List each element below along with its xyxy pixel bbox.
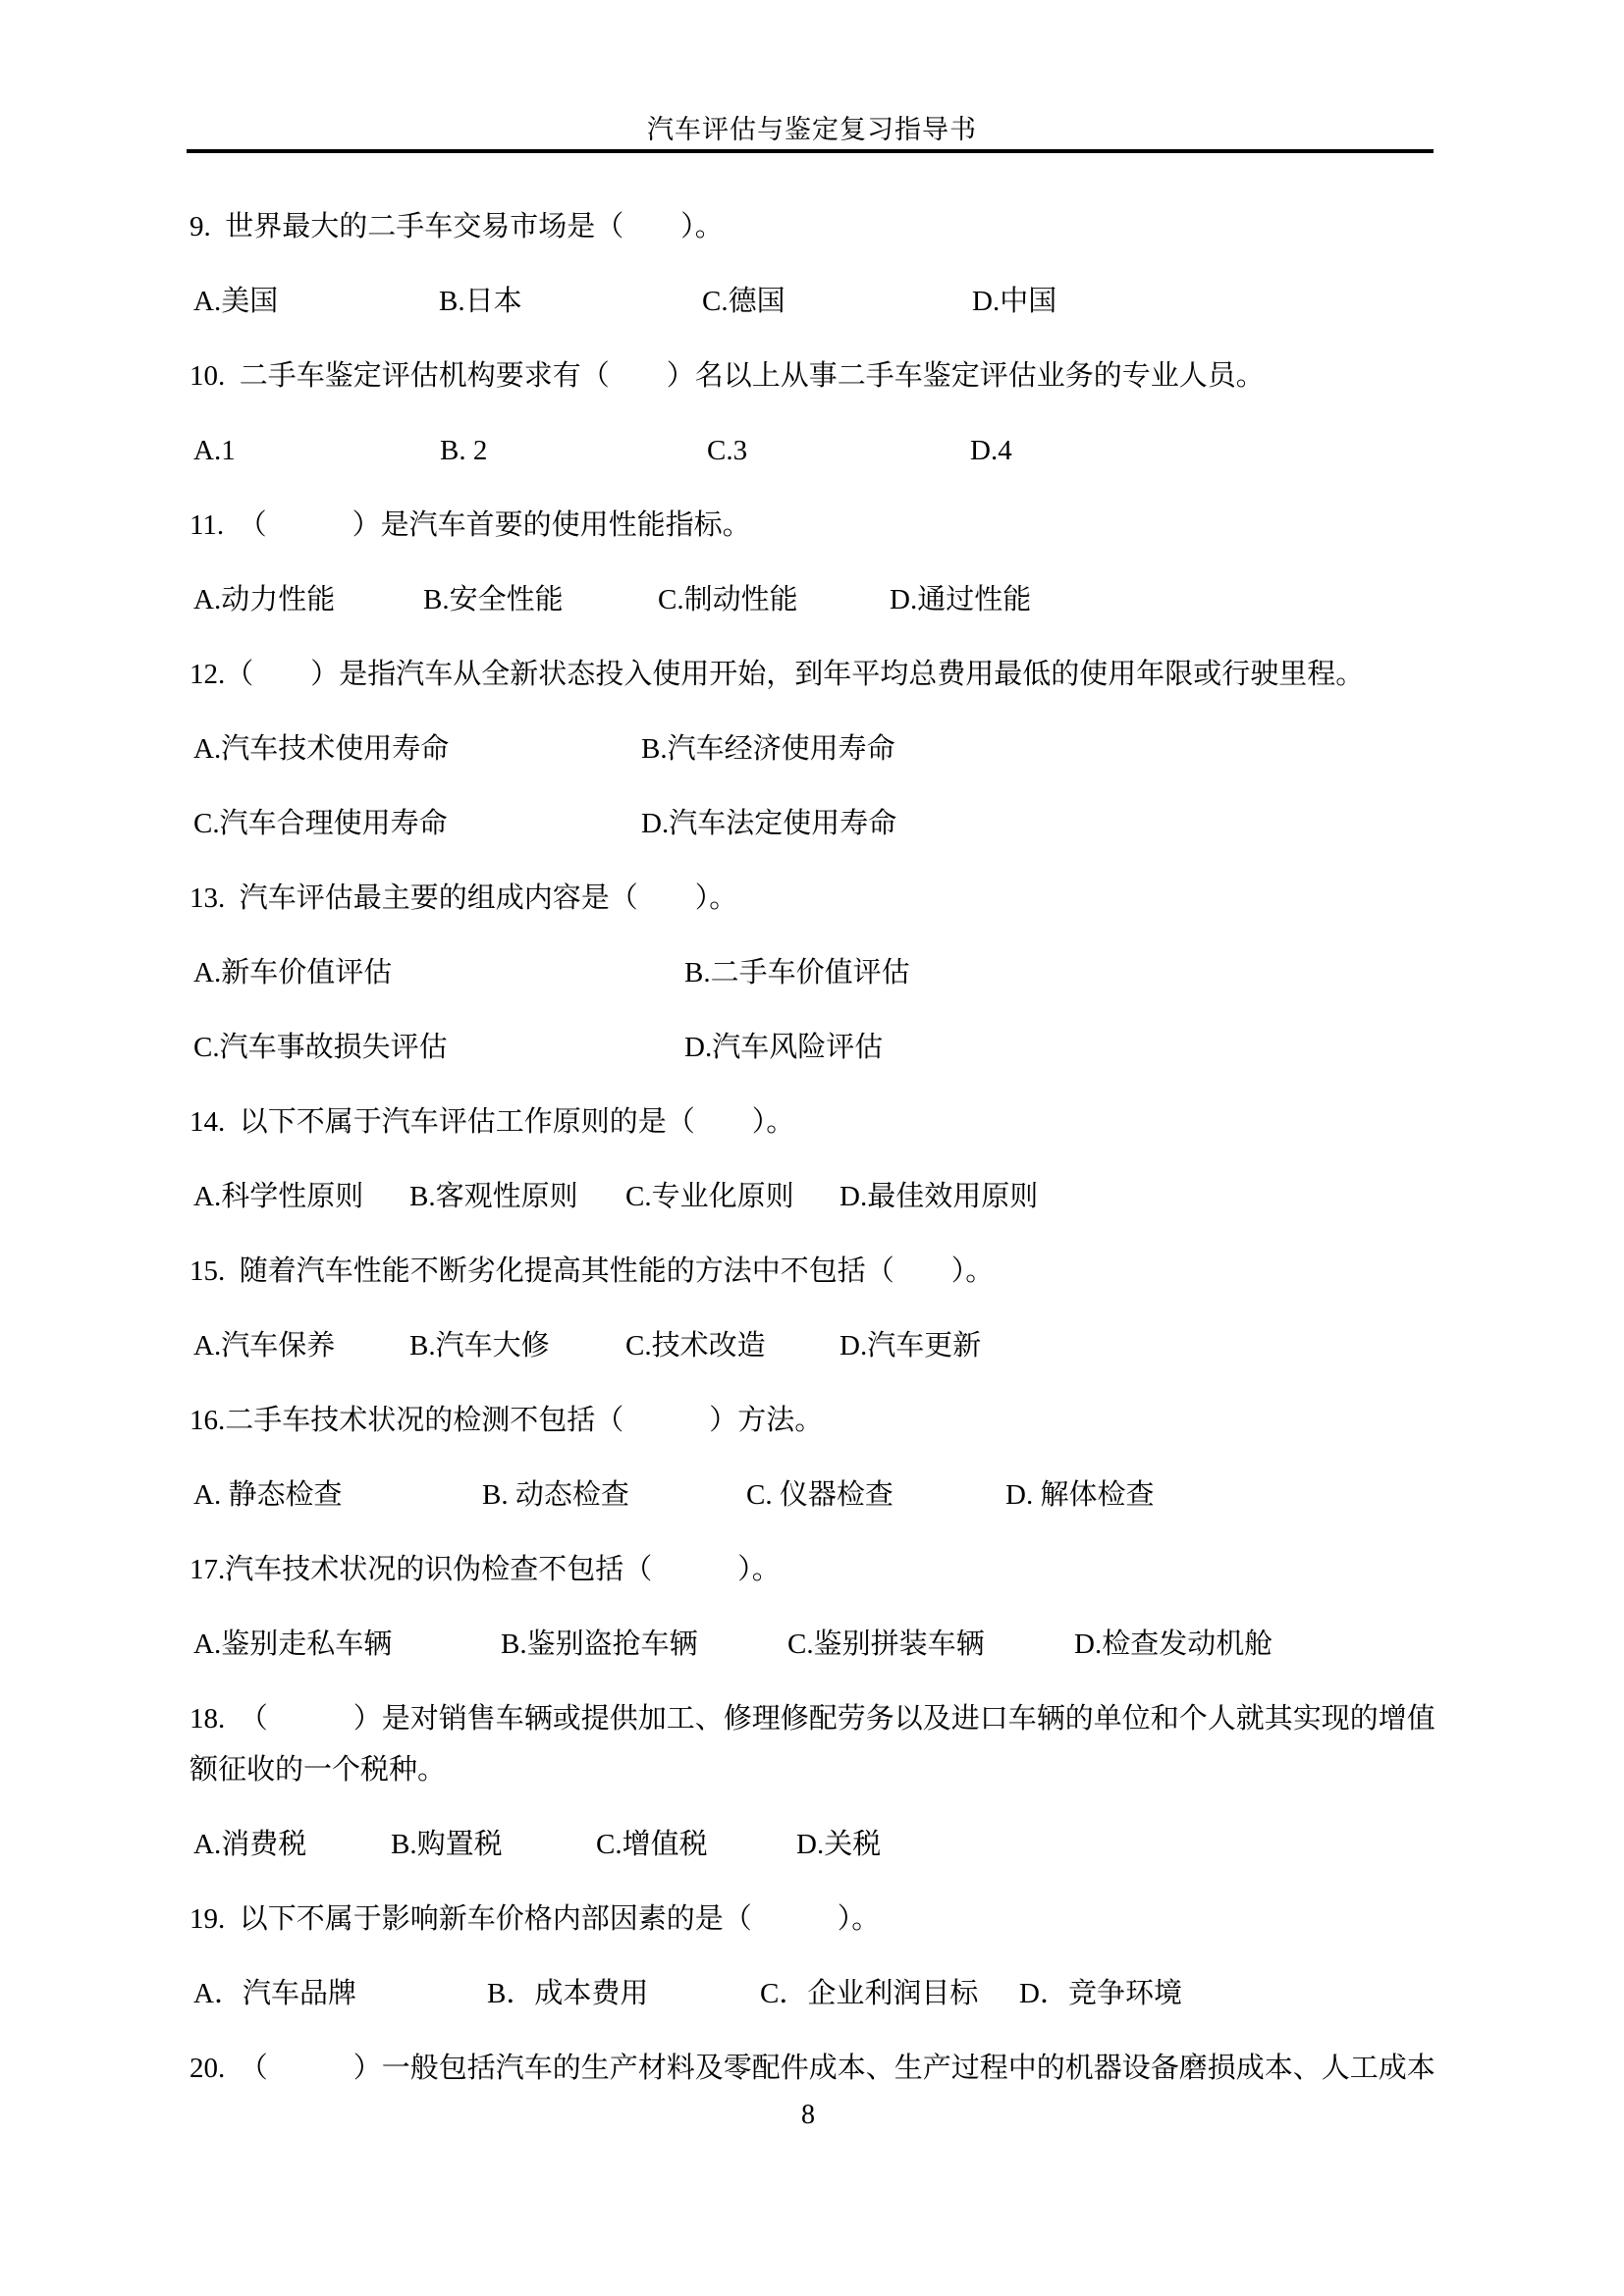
- question-stem: 13. 汽车评估最主要的组成内容是（ ）。: [189, 880, 737, 917]
- option-item: D.中国: [972, 283, 1056, 320]
- option-item: C．企业利润目标: [760, 1975, 978, 2012]
- option-item: B. 动态检查: [482, 1476, 629, 1514]
- option-item: B.汽车经济使用寿命: [641, 730, 895, 768]
- option-item: B.购置税: [391, 1826, 503, 1863]
- option-item: C.汽车事故损失评估: [193, 1029, 448, 1066]
- option-item: D．竞争环境: [1019, 1975, 1182, 2012]
- option-item: A. 静态检查: [193, 1476, 342, 1514]
- option-item: A.动力性能: [193, 581, 335, 618]
- option-item: B.汽车大修: [409, 1327, 550, 1364]
- question-stem: 14. 以下不属于汽车评估工作原则的是（ ）。: [189, 1103, 794, 1141]
- option-item: C.德国: [702, 283, 785, 320]
- option-item: A.1: [193, 432, 236, 469]
- option-item: C.专业化原则: [625, 1178, 794, 1215]
- option-item: C.3: [707, 432, 747, 469]
- option-item: A.鉴别走私车辆: [193, 1626, 392, 1663]
- question-stem: 11. （ ）是汽车首要的使用性能指标。: [189, 507, 751, 544]
- question-stem: 额征收的一个税种。: [189, 1751, 446, 1789]
- question-stem: 18. （ ）是对销售车辆或提供加工、修理修配劳务以及进口车辆的单位和个人就其实…: [189, 1700, 1435, 1737]
- option-item: B.客观性原则: [409, 1178, 578, 1215]
- option-item: C.技术改造: [625, 1327, 766, 1364]
- option-item: A.新车价值评估: [193, 954, 392, 991]
- question-stem: 17.汽车技术状况的识伪检查不包括（ ）。: [189, 1551, 781, 1588]
- document-page: 汽车评估与鉴定复习指导书 9. 世界最大的二手车交易市场是（ ）。A.美国B.日…: [0, 0, 1624, 2296]
- page-number: 8: [0, 2099, 1616, 2132]
- option-item: A.消费税: [193, 1826, 306, 1863]
- question-stem: 12.（ ）是指汽车从全新状态投入使用开始，到年平均总费用最低的使用年限或行驶里…: [189, 656, 1364, 693]
- option-item: B．成本费用: [487, 1975, 648, 2012]
- option-item: D.最佳效用原则: [839, 1178, 1038, 1215]
- option-item: D. 解体检查: [1005, 1476, 1154, 1514]
- option-item: D.汽车法定使用寿命: [641, 805, 896, 842]
- option-item: D.通过性能: [890, 581, 1031, 618]
- option-item: B.鉴别盗抢车辆: [501, 1626, 698, 1663]
- option-item: C. 仪器检查: [746, 1476, 893, 1514]
- option-item: B. 2: [440, 432, 487, 469]
- option-item: D.关税: [796, 1826, 881, 1863]
- option-item: C.汽车合理使用寿命: [193, 805, 448, 842]
- option-item: A.汽车保养: [193, 1327, 335, 1364]
- question-stem: 20. （ ）一般包括汽车的生产材料及零配件成本、生产过程中的机器设备磨损成本、…: [189, 2050, 1435, 2087]
- option-item: D.汽车更新: [839, 1327, 981, 1364]
- option-item: A.汽车技术使用寿命: [193, 730, 449, 768]
- option-item: D.4: [970, 432, 1012, 469]
- option-item: A.科学性原则: [193, 1178, 363, 1215]
- question-stem: 15. 随着汽车性能不断劣化提高其性能的方法中不包括（ ）。: [189, 1253, 994, 1290]
- option-item: B.安全性能: [423, 581, 564, 618]
- option-item: C.制动性能: [658, 581, 798, 618]
- option-item: B.二手车价值评估: [684, 954, 910, 991]
- option-item: C.增值税: [596, 1826, 708, 1863]
- question-stem: 16.二手车技术状况的检测不包括（ ）方法。: [189, 1402, 823, 1439]
- option-item: D.检查发动机舱: [1074, 1626, 1272, 1663]
- option-item: B.日本: [439, 283, 522, 320]
- questions-content: 9. 世界最大的二手车交易市场是（ ）。A.美国B.日本C.德国D.中国10. …: [0, 0, 1624, 2296]
- question-stem: 9. 世界最大的二手车交易市场是（ ）。: [189, 208, 724, 245]
- option-item: A．汽车品牌: [193, 1975, 356, 2012]
- question-stem: 10. 二手车鉴定评估机构要求有（ ）名以上从事二手车鉴定评估业务的专业人员。: [189, 357, 1265, 395]
- option-item: C.鉴别拼装车辆: [787, 1626, 985, 1663]
- option-item: A.美国: [193, 283, 278, 320]
- question-stem: 19. 以下不属于影响新车价格内部因素的是（ ）。: [189, 1900, 880, 1938]
- option-item: D.汽车风险评估: [684, 1029, 883, 1066]
